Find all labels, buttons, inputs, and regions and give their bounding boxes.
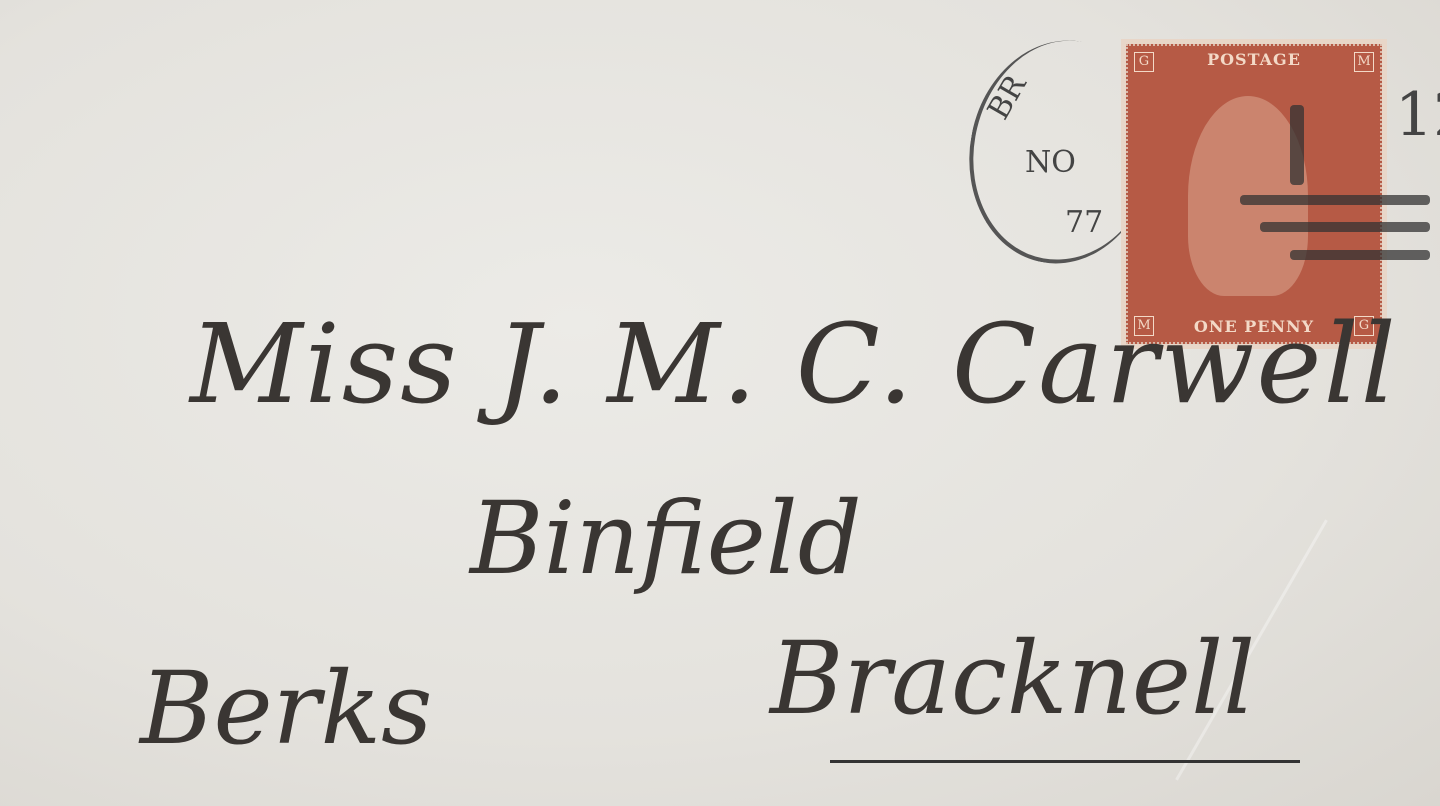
cancel-bar <box>1260 222 1430 232</box>
cancel-numeral <box>1290 105 1304 185</box>
postmark-month: NO <box>1025 145 1076 180</box>
address-town: Bracknell <box>770 620 1255 737</box>
postmark-year: 77 <box>1065 205 1103 240</box>
envelope: BR NO 77 12 POSTAGE G M M G ONE PENNY Mi… <box>0 0 1440 806</box>
stamp-corner-tl: G <box>1134 52 1154 72</box>
stamp-corner-tr: M <box>1354 52 1374 72</box>
duplex-number: 12 <box>1395 80 1440 150</box>
address-line2: Binfield <box>470 480 862 597</box>
stamp-top-label: POSTAGE <box>1128 50 1380 69</box>
address-county: Berks <box>140 650 432 767</box>
address-name: Miss J. M. C. Carwell <box>190 300 1398 428</box>
cancel-bar <box>1290 250 1430 260</box>
penny-red-stamp: POSTAGE G M M G ONE PENNY <box>1126 44 1382 344</box>
town-underline <box>830 760 1300 763</box>
cancel-bar <box>1240 195 1430 205</box>
